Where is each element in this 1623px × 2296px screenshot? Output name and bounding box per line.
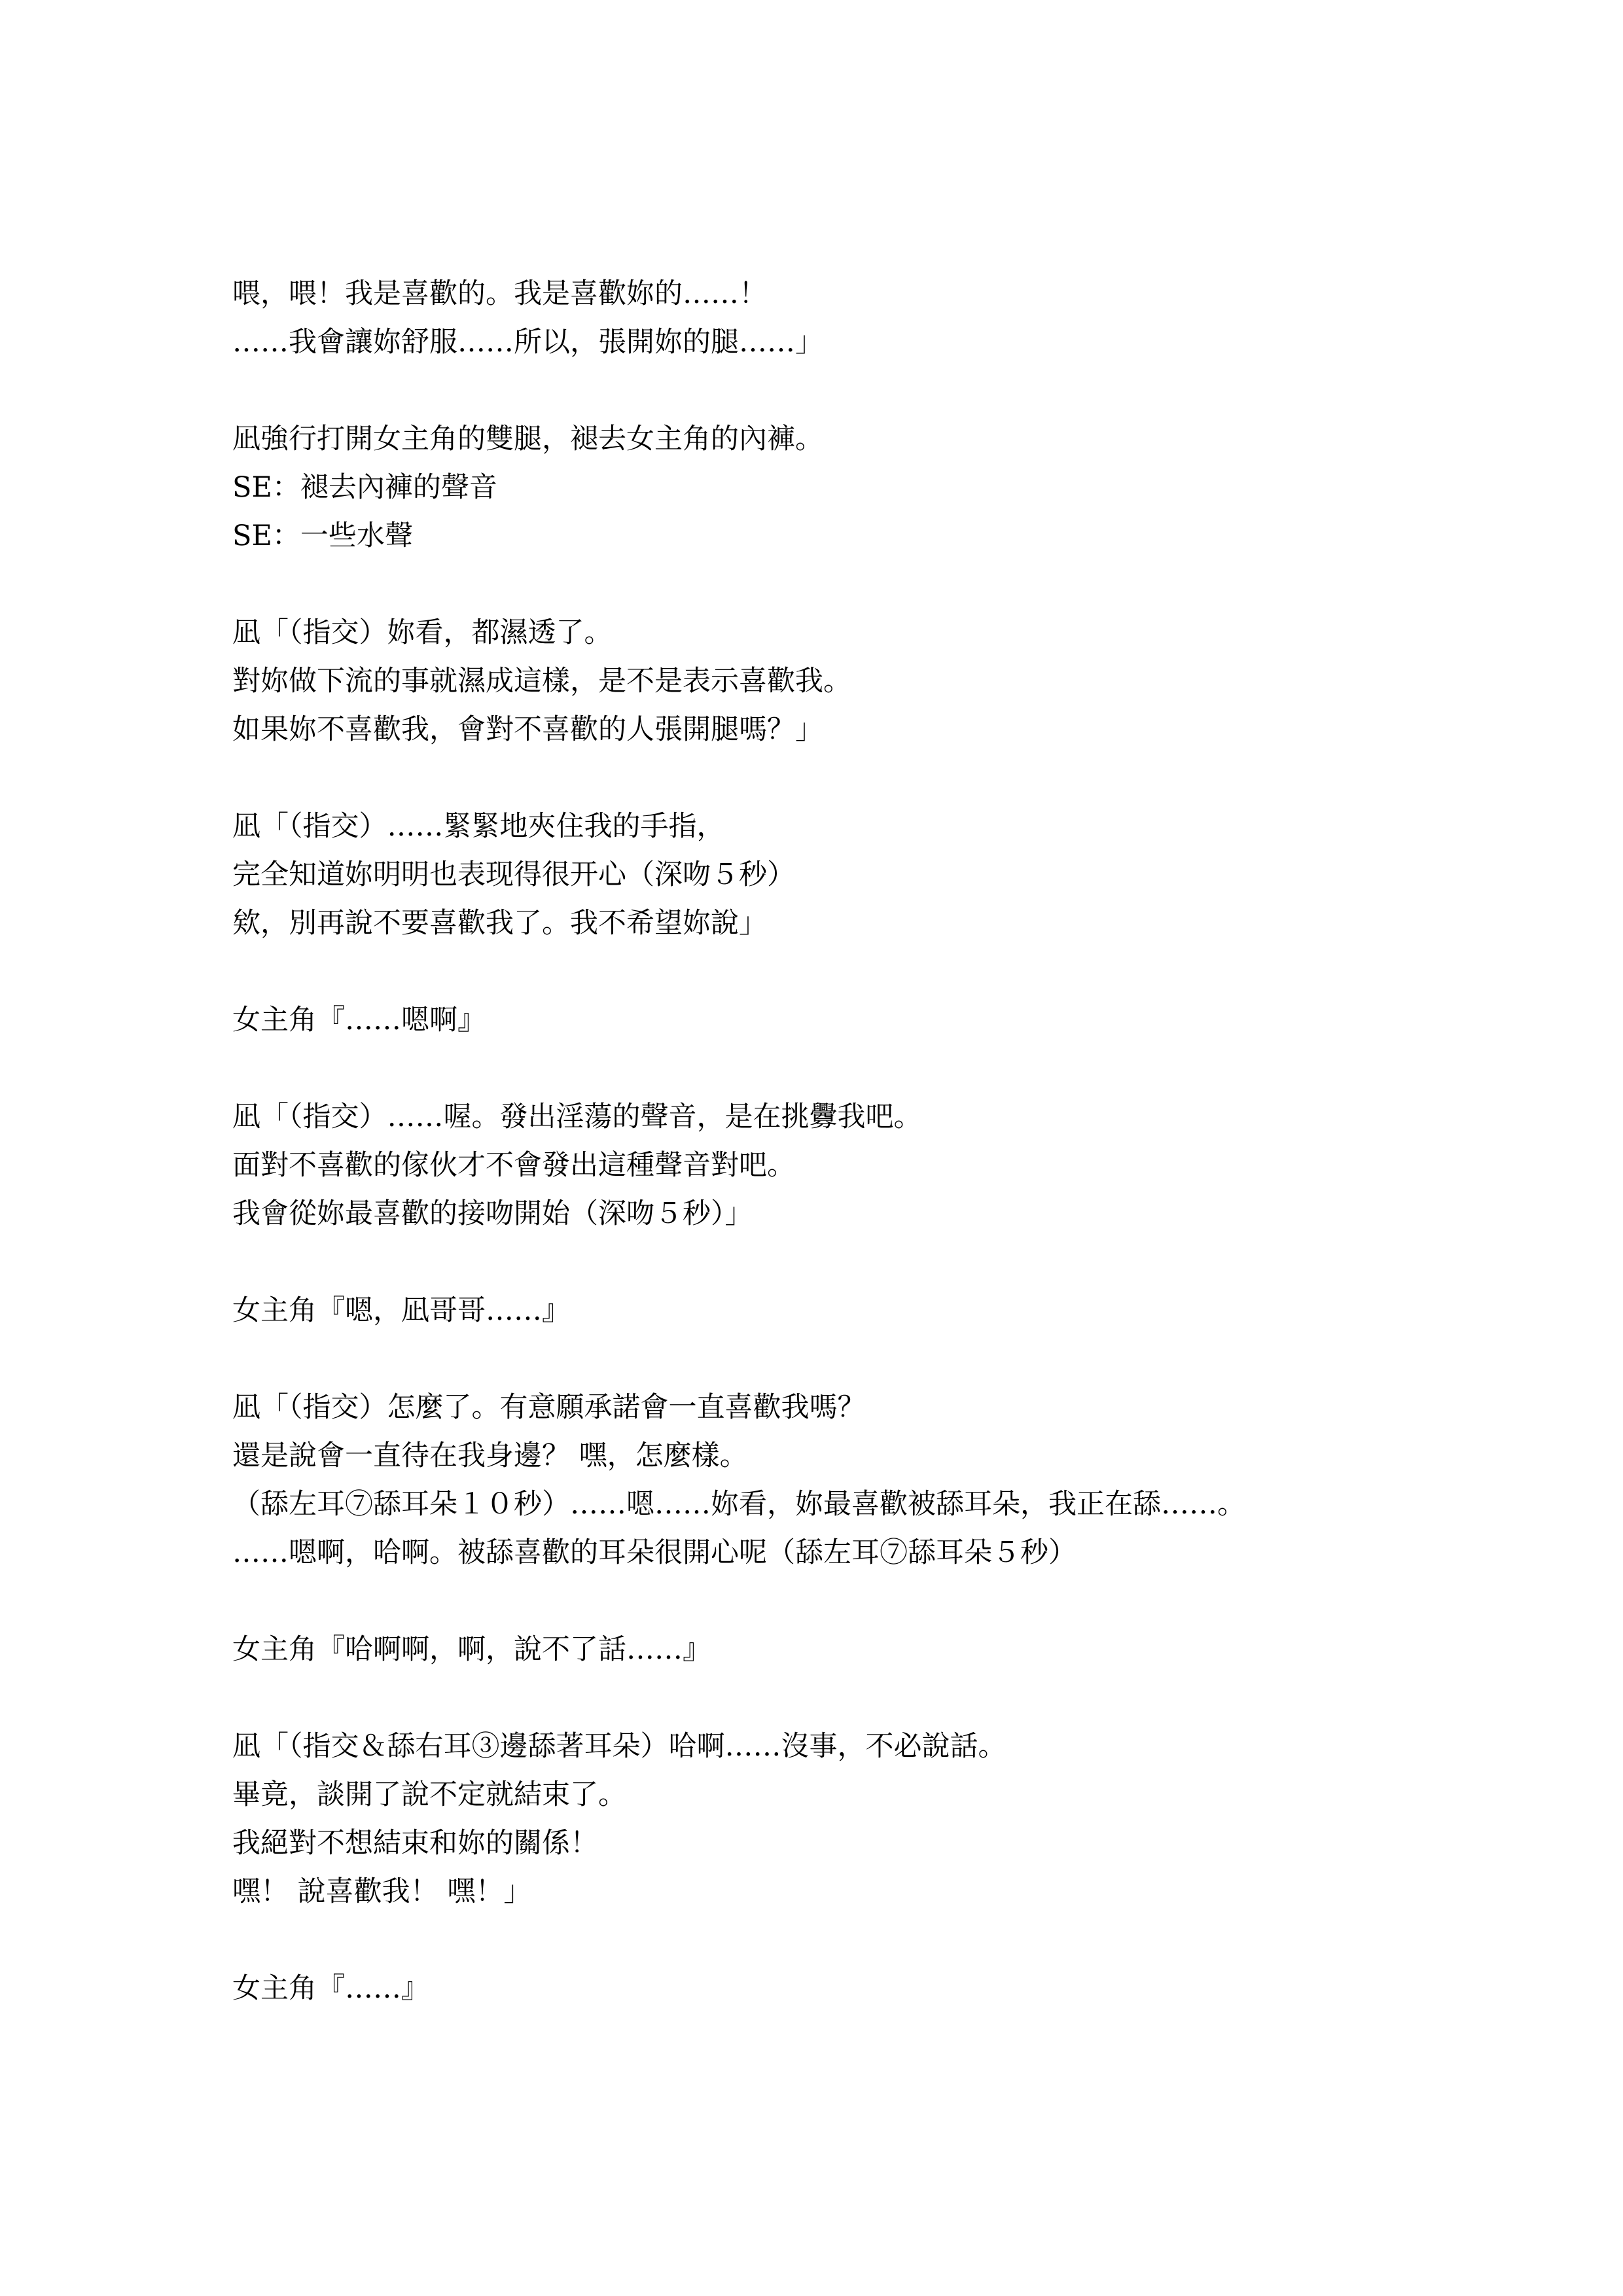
- text-line: 凪「（指交＆舔右耳③邊舔著耳朵）哈啊……沒事，不必說話。: [232, 1722, 1476, 1771]
- text-line: 欸，別再說不要喜歡我了。我不希望妳說」: [232, 899, 1476, 947]
- text-line: 凪「（指交）妳看，都濕透了。: [232, 609, 1476, 657]
- text-line: （舔左耳⑦舔耳朵１０秒）……嗯……妳看，妳最喜歡被舔耳朵，我正在舔……。: [232, 1480, 1476, 1528]
- text-line: 女主角『……嗯啊』: [232, 996, 1476, 1044]
- paragraph: 凪「（指交）妳看，都濕透了。 對妳做下流的事就濕成這樣，是不是表示喜歡我。 如果…: [232, 609, 1476, 754]
- blank-line: [232, 1238, 1476, 1286]
- paragraph: 女主角『嗯，凪哥哥……』: [232, 1286, 1476, 1335]
- blank-line: [232, 947, 1476, 996]
- text-line: 如果妳不喜歡我，會對不喜歡的人張開腿嗎？」: [232, 705, 1476, 754]
- text-line: 女主角『嗯，凪哥哥……』: [232, 1286, 1476, 1335]
- blank-line: [232, 754, 1476, 802]
- paragraph: 凪「（指交＆舔右耳③邊舔著耳朵）哈啊……沒事，不必說話。 畢竟，談開了說不定就結…: [232, 1722, 1476, 1916]
- text-line: 我會從妳最喜歡的接吻開始（深吻５秒）」: [232, 1190, 1476, 1238]
- text-line: 我絕對不想結束和妳的關係！: [232, 1819, 1476, 1867]
- text-line: SE：褪去內褲的聲音: [232, 463, 1476, 512]
- blank-line: [232, 1335, 1476, 1383]
- text-line: 畢竟，談開了說不定就結束了。: [232, 1771, 1476, 1819]
- paragraph: 女主角『……』: [232, 1964, 1476, 2013]
- blank-line: [232, 560, 1476, 609]
- blank-line: [232, 1674, 1476, 1722]
- text-line: 嘿！ 說喜歡我！ 嘿！」: [232, 1867, 1476, 1916]
- blank-line: [232, 1916, 1476, 1964]
- text-line: 喂，喂！我是喜歡的。我是喜歡妳的……！: [232, 270, 1476, 318]
- paragraph: 凪「（指交）怎麼了。有意願承諾會一直喜歡我嗎？ 還是說會一直待在我身邊？ 嘿，怎…: [232, 1383, 1476, 1577]
- text-line: ……我會讓妳舒服……所以，張開妳的腿……」: [232, 318, 1476, 366]
- paragraph: 凪強行打開女主角的雙腿，褪去女主角的內褲。 SE：褪去內褲的聲音 SE：一些水聲: [232, 415, 1476, 560]
- document-page: 喂，喂！我是喜歡的。我是喜歡妳的……！ ……我會讓妳舒服……所以，張開妳的腿………: [232, 270, 1476, 2013]
- paragraph: 凪「（指交）……喔。發出淫蕩的聲音，是在挑釁我吧。 面對不喜歡的傢伙才不會發出這…: [232, 1093, 1476, 1238]
- blank-line: [232, 366, 1476, 415]
- text-line: 凪「（指交）怎麼了。有意願承諾會一直喜歡我嗎？: [232, 1383, 1476, 1432]
- paragraph: 女主角『哈啊啊，啊，說不了話……』: [232, 1625, 1476, 1674]
- blank-line: [232, 1044, 1476, 1093]
- text-line: ……嗯啊，哈啊。被舔喜歡的耳朵很開心呢（舔左耳⑦舔耳朵５秒）: [232, 1528, 1476, 1577]
- blank-line: [232, 1577, 1476, 1625]
- text-line: 完全知道妳明明也表现得很开心（深吻５秒）: [232, 851, 1476, 899]
- paragraph: 喂，喂！我是喜歡的。我是喜歡妳的……！ ……我會讓妳舒服……所以，張開妳的腿………: [232, 270, 1476, 366]
- text-line: 女主角『哈啊啊，啊，說不了話……』: [232, 1625, 1476, 1674]
- text-line: 凪強行打開女主角的雙腿，褪去女主角的內褲。: [232, 415, 1476, 463]
- text-line: 女主角『……』: [232, 1964, 1476, 2013]
- text-line: 還是說會一直待在我身邊？ 嘿，怎麼樣。: [232, 1432, 1476, 1480]
- text-line: 對妳做下流的事就濕成這樣，是不是表示喜歡我。: [232, 657, 1476, 705]
- text-line: 面對不喜歡的傢伙才不會發出這種聲音對吧。: [232, 1141, 1476, 1190]
- text-line: 凪「（指交）……緊緊地夾住我的手指，: [232, 802, 1476, 851]
- text-line: 凪「（指交）……喔。發出淫蕩的聲音，是在挑釁我吧。: [232, 1093, 1476, 1141]
- text-line: SE：一些水聲: [232, 512, 1476, 560]
- paragraph: 女主角『……嗯啊』: [232, 996, 1476, 1044]
- paragraph: 凪「（指交）……緊緊地夾住我的手指， 完全知道妳明明也表现得很开心（深吻５秒） …: [232, 802, 1476, 947]
